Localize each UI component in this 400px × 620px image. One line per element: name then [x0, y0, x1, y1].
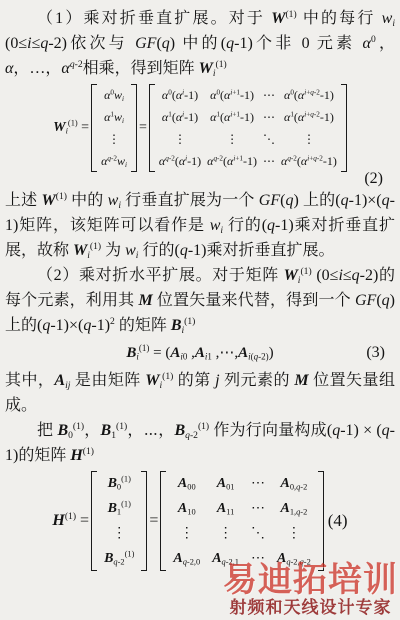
matrix-cell: ⋯	[260, 84, 278, 106]
eq3-number: (3)	[366, 341, 385, 365]
equation-3: Bi(1) = (Ai0 ,Ai1 ,⋯,Ai(q-2)) (3)	[5, 341, 395, 365]
matrix-cell: ⋯	[245, 471, 271, 496]
left-bracket	[160, 471, 166, 571]
left-bracket	[149, 84, 155, 172]
eq4-number: (4)	[328, 511, 348, 531]
left-bracket	[91, 471, 97, 571]
matrix-cell: α1(αi+1-1)	[204, 106, 260, 128]
paragraph-5: 把 B0(1)，B1(1)，⋯，Bq-2(1) 作为行向量构成(q-1) × (…	[5, 418, 395, 468]
matrix-cell: ⋮	[167, 521, 206, 546]
matrix-cell: αq-2(αi-1)	[156, 150, 204, 172]
matrix-cell: ⋮	[156, 128, 204, 150]
matrix-cell: ⋯	[245, 546, 271, 571]
equation-2: Wi(1) = α0wiα1wi⋮αq-2wi = α0(αi-1)α0(αi+…	[5, 84, 395, 172]
matrix-cell: αq-2(αi+1-1)	[204, 150, 260, 172]
matrix-cell: α0(αi+1-1)	[204, 84, 260, 106]
eq2-vector-matrix: α0wiα1wi⋮αq-2wi	[91, 84, 137, 172]
matrix-cell: ⋮	[98, 521, 140, 546]
eq2-number: (2)	[5, 170, 383, 188]
matrix-cell: ⋯	[245, 496, 271, 521]
matrix-cell: ⋮	[204, 128, 260, 150]
matrix-cell: A1,q-2	[271, 496, 317, 521]
document-page: （1）乘对折垂直扩展。对于 W(1) 中的每行 wi (0≤i≤q-2)依次与 …	[0, 0, 400, 620]
eq4-matrix: A00A01⋯A0,q-2A10A11⋯A1,q-2⋮⋮⋱⋮Aq-2,0Aq-2…	[167, 471, 316, 571]
paragraph-1: （1）乘对折垂直扩展。对于 W(1) 中的每行 wi (0≤i≤q-2)依次与 …	[5, 6, 395, 81]
eq2-equals: =	[139, 120, 147, 136]
matrix-cell: B1(1)	[98, 496, 140, 521]
eq2-matrix: α0(αi-1)α0(αi+1-1)⋯α0(αi+q-2-1)α1(αi-1)α…	[156, 84, 340, 172]
watermark-subtitle: 射频和天线设计专家	[223, 598, 398, 618]
matrix-cell: ⋮	[98, 128, 130, 150]
eq4-vector-matrix: B0(1)B1(1)⋮Bq-2(1)	[91, 471, 147, 571]
eq2-lhs: Wi(1) =	[53, 120, 89, 136]
matrix-cell: ⋮	[206, 521, 245, 546]
matrix-cell: Bq-2(1)	[98, 546, 140, 571]
matrix-cell: A10	[167, 496, 206, 521]
paragraph-3: （2）乘对折水平扩展。对于矩阵 Wi(1) (0≤i≤q-2)的每个元素，利用其…	[5, 263, 395, 338]
eq2-expanded-matrix: α0(αi-1)α0(αi+1-1)⋯α0(αi+q-2-1)α1(αi-1)α…	[149, 84, 347, 172]
matrix-cell: αq-2wi	[98, 150, 130, 172]
right-bracket	[341, 84, 347, 172]
matrix-cell: A11	[206, 496, 245, 521]
matrix-cell: Aq-2,q-2	[271, 546, 317, 571]
matrix-cell: ⋯	[260, 150, 278, 172]
matrix-cell: Aq-2,1	[206, 546, 245, 571]
matrix-cell: α1(αi-1)	[156, 106, 204, 128]
left-bracket	[91, 84, 97, 172]
right-bracket	[318, 471, 324, 571]
matrix-cell: αq-2(αi+q-2-1)	[278, 150, 340, 172]
matrix-cell: Aq-2,0	[167, 546, 206, 571]
matrix-cell: α0wi	[98, 84, 130, 106]
eq4-vector: B0(1)B1(1)⋮Bq-2(1)	[98, 471, 140, 571]
matrix-cell: ⋮	[271, 521, 317, 546]
matrix-cell: A0,q-2	[271, 471, 317, 496]
eq4-expanded-matrix: A00A01⋯A0,q-2A10A11⋯A1,q-2⋮⋮⋱⋮Aq-2,0Aq-2…	[160, 471, 323, 571]
matrix-cell: α1wi	[98, 106, 130, 128]
eq4-lhs: H(1) =	[52, 512, 89, 530]
equation-4: H(1) = B0(1)B1(1)⋮Bq-2(1) = A00A01⋯A0,q-…	[5, 471, 395, 571]
eq2-vector: α0wiα1wi⋮αq-2wi	[98, 84, 130, 172]
matrix-cell: A00	[167, 471, 206, 496]
right-bracket	[141, 471, 147, 571]
matrix-cell: B0(1)	[98, 471, 140, 496]
matrix-cell: ⋮	[278, 128, 340, 150]
eq3-body: Bi(1) = (Ai0 ,Ai1 ,⋯,Ai(q-2))	[126, 345, 273, 361]
matrix-cell: ⋱	[245, 521, 271, 546]
matrix-cell: α0(αi+q-2-1)	[278, 84, 340, 106]
matrix-cell: ⋯	[260, 106, 278, 128]
right-bracket	[131, 84, 137, 172]
matrix-cell: α0(αi-1)	[156, 84, 204, 106]
matrix-cell: A01	[206, 471, 245, 496]
matrix-cell: ⋱	[260, 128, 278, 150]
eq4-equals: =	[149, 512, 158, 530]
matrix-cell: α1(αi+q-2-1)	[278, 106, 340, 128]
paragraph-4: 其中，Aij 是由矩阵 Wi(1) 的第 j 列元素的 M 位置矢量组成。	[5, 368, 395, 418]
paragraph-2: 上述 W(1) 中的 wi 行垂直扩展为一个 GF(q) 上的(q-1)×(q-…	[5, 188, 395, 263]
